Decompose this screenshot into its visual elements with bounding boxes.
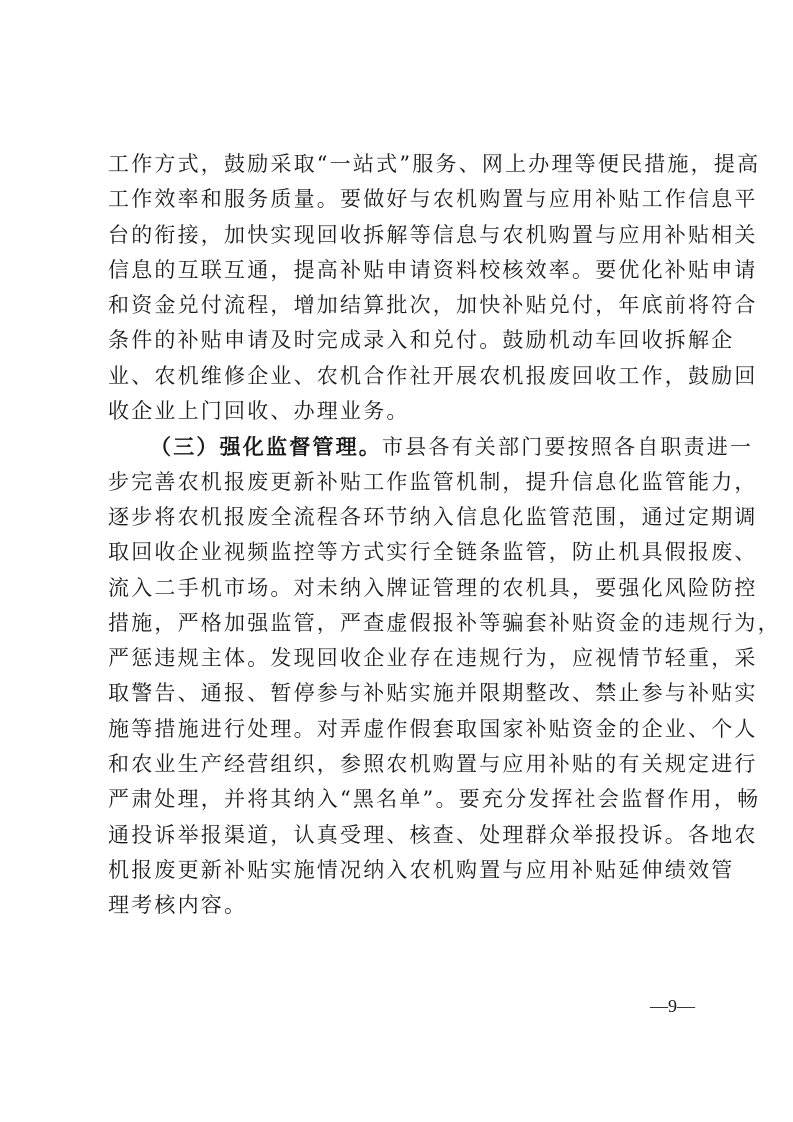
section-heading-line: （三）强化监督管理。市县各有关部门要按照各自职责进一 [108, 429, 692, 464]
section-heading: （三）强化监督管理。 [150, 434, 382, 459]
document-page: 工作方式，鼓励采取“一站式”服务、网上办理等便民措施，提高 工作效率和服务质量。… [0, 0, 793, 1122]
text-line: 理考核内容。 [108, 888, 692, 923]
text-line: 取警告、通报、暂停参与补贴实施并限期整改、禁止参与补贴实 [108, 676, 692, 711]
text-run: 市县各有关部门要按照各自职责进一 [382, 435, 753, 459]
text-line: 信息的互联互通，提高补贴申请资料校核效率。要优化补贴申请 [108, 253, 692, 288]
text-line: 机报废更新补贴实施情况纳入农机购置与应用补贴延伸绩效管 [108, 853, 692, 888]
text-line: 和资金兑付流程，增加结算批次，加快补贴兑付，年底前将符合 [108, 288, 692, 323]
text-line: 条件的补贴申请及时完成录入和兑付。鼓励机动车回收拆解企 [108, 323, 692, 358]
text-line: 和农业生产经营组织，参照农机购置与应用补贴的有关规定进行 [108, 747, 692, 782]
text-line: 措施，严格加强监管，严查虚假报补等骗套补贴资金的违规行为， [108, 606, 692, 641]
text-line: 流入二手机市场。对未纳入牌证管理的农机具，要强化风险防控 [108, 571, 692, 606]
text-line: 业、农机维修企业、农机合作社开展农机报废回收工作，鼓励回 [108, 359, 692, 394]
text-line: 严惩违规主体。发现回收企业存在违规行为，应视情节轻重，采 [108, 641, 692, 676]
text-line: 收企业上门回收、办理业务。 [108, 394, 692, 429]
page-number: —9— [650, 996, 695, 1017]
text-line: 取回收企业视频监控等方式实行全链条监管，防止机具假报废、 [108, 535, 692, 570]
text-line: 通投诉举报渠道，认真受理、核查、处理群众举报投诉。各地农 [108, 818, 692, 853]
text-line: 工作效率和服务质量。要做好与农机购置与应用补贴工作信息平 [108, 182, 692, 217]
text-line: 工作方式，鼓励采取“一站式”服务、网上办理等便民措施，提高 [108, 147, 692, 182]
document-body: 工作方式，鼓励采取“一站式”服务、网上办理等便民措施，提高 工作效率和服务质量。… [108, 147, 692, 924]
text-line: 台的衔接，加快实现回收拆解等信息与农机购置与应用补贴相关 [108, 218, 692, 253]
text-line: 严肃处理，并将其纳入“黑名单”。要充分发挥社会监督作用，畅 [108, 782, 692, 817]
text-line: 施等措施进行处理。对弄虚作假套取国家补贴资金的企业、个人 [108, 712, 692, 747]
text-line: 逐步将农机报废全流程各环节纳入信息化监管范围，通过定期调 [108, 500, 692, 535]
text-line: 步完善农机报废更新补贴工作监管机制，提升信息化监管能力， [108, 465, 692, 500]
